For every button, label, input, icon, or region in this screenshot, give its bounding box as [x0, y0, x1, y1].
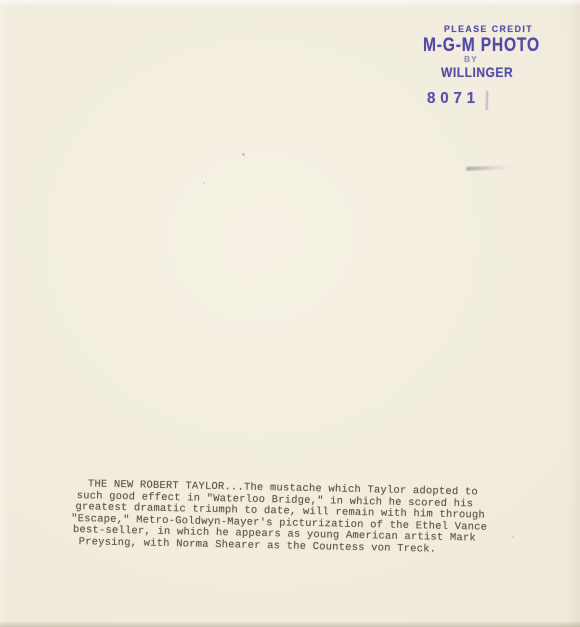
- photo-verso-scan: PLEASE CREDIT M-G-M PHOTO BY WILLINGER 8…: [0, 0, 580, 627]
- pencil-smudge: [466, 165, 510, 171]
- stamp-by-line: BY: [464, 54, 478, 64]
- stamp-studio-line: M-G-M PHOTO: [423, 35, 540, 57]
- paper-speck: [242, 153, 245, 156]
- stamp-stray-mark: [486, 91, 488, 110]
- stamp-credit-line: PLEASE CREDIT: [444, 24, 533, 35]
- stamp-number: 8071: [427, 90, 480, 108]
- typed-caption: THE NEW ROBERT TAYLOR...The mustache whi…: [71, 479, 522, 557]
- paper-speck: [203, 182, 205, 184]
- stamp-photographer-line: WILLINGER: [441, 64, 513, 80]
- paper-speck: [512, 536, 514, 538]
